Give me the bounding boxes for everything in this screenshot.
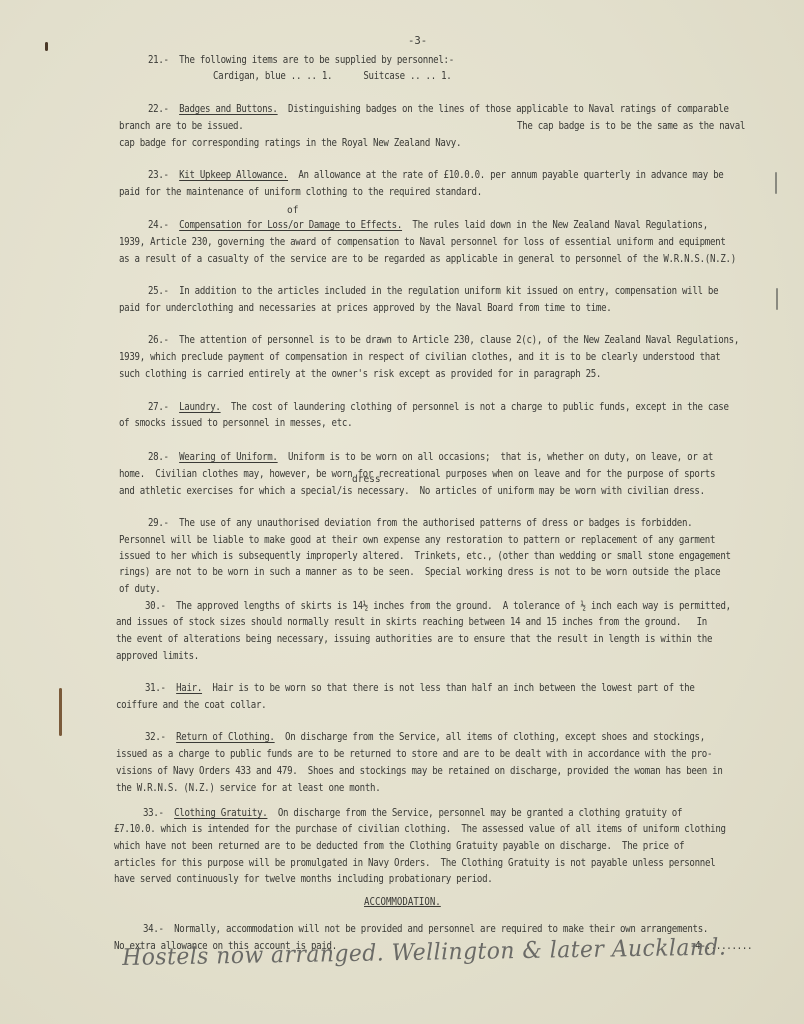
staple-mark <box>59 688 62 736</box>
para-33-line-3: which have not been returned are to be d… <box>114 838 684 855</box>
para-28-line-1: 28.- Wearing of Uniform. Uniform is to b… <box>148 449 713 466</box>
para-32-line-4: the W.R.N.S. (N.Z.) service for at least… <box>116 780 380 797</box>
margin-mark <box>776 288 778 310</box>
para-22-line-1: 22.- Badges and Buttons. Distinguishing … <box>148 101 729 118</box>
page-number: -3- <box>408 35 427 47</box>
para-33-line-2: £7.10.0. which is intended for the purch… <box>114 821 726 838</box>
para-33-line-5: have served continuously for twelve mont… <box>114 871 492 888</box>
para-23-line-2: paid for the maintenance of uniform clot… <box>119 184 482 201</box>
para-24-line-3: as a result of a casualty of the service… <box>119 251 736 268</box>
para-22-line-4: cap badge for corresponding ratings in t… <box>119 135 461 152</box>
para-30-line-2: and issues of stock sizes should normall… <box>116 614 707 631</box>
para-27-heading: Laundry. <box>179 401 220 413</box>
para-24-line-2: 1939, Article 230, governing the award o… <box>119 234 726 251</box>
punch-hole-mark <box>45 42 48 51</box>
para-24-heading: Compensation for Loss/or Damage to Effec… <box>179 219 402 231</box>
section-heading-accommodation: ACCOMMODATION. <box>364 896 441 908</box>
para-33-line-4: articles for this purpose will be promul… <box>114 855 715 872</box>
para-31-line-2: coiffure and the coat collar. <box>116 697 266 714</box>
para-27-line-2: of smocks issued to personnel in messes,… <box>119 415 352 432</box>
para-29-line-3: issued to her which is subsequently impr… <box>119 548 731 565</box>
para-25-line-1: 25.- In addition to the articles include… <box>148 283 718 300</box>
para-33-heading: Clothing Gratuity. <box>174 807 267 819</box>
para-32-heading: Return of Clothing. <box>176 731 275 743</box>
para-28-line-2: home. Civilian clothes may, however, be … <box>119 466 715 483</box>
para-22-heading: Badges and Buttons. <box>179 103 278 115</box>
para-26-line-2: 1939, which preclude payment of compensa… <box>119 349 720 366</box>
para-23-heading: Kit Upkeep Allowance. <box>179 169 288 181</box>
para-29-line-4: rings) are not to be worn in such a mann… <box>119 564 720 581</box>
para-29-line-5: of duty. <box>119 581 160 598</box>
para-32-line-3: visions of Navy Orders 433 and 479. Shoe… <box>116 763 723 780</box>
para-30-line-4: approved limits. <box>116 648 199 665</box>
para-28-heading: Wearing of Uniform. <box>179 451 278 463</box>
para-21-line-2: Cardigan, blue .. .. 1. Suitcase .. .. 1… <box>213 68 451 85</box>
para-26-line-1: 26.- The attention of personnel is to be… <box>148 332 739 349</box>
margin-mark <box>775 172 777 194</box>
para-30-line-1: 30.- The approved lengths of skirts is 1… <box>145 598 731 615</box>
para-30-line-3: the event of alterations being necessary… <box>116 631 712 648</box>
para-28-line-3: and athletic exercises for which a speci… <box>119 483 705 500</box>
para-31-heading: Hair. <box>176 682 202 694</box>
para-29-line-1: 29.- The use of any unauthorised deviati… <box>148 515 692 532</box>
para-26-line-3: such clothing is carried entirely at the… <box>119 366 601 383</box>
para-25-line-2: paid for underclothing and necessaries a… <box>119 300 611 317</box>
para-21-line-1: 21.- The following items are to be suppl… <box>148 52 454 69</box>
para-32-line-2: issued as a charge to public funds are t… <box>116 746 712 763</box>
para-24-line-1: 24.- Compensation for Loss/or Damage to … <box>148 217 708 234</box>
para-27-line-1: 27.- Laundry. The cost of laundering clo… <box>148 399 729 416</box>
para-22-line-3: The cap badge is to be the same as the n… <box>517 118 745 135</box>
para-23-line-1: 23.- Kit Upkeep Allowance. An allowance … <box>148 167 723 184</box>
para-24-insert: of <box>287 205 298 216</box>
para-32-line-1: 32.- Return of Clothing. On discharge fr… <box>145 729 705 746</box>
document-page: -3- 21.- The following items are to be s… <box>0 0 804 1024</box>
para-33-line-1: 33.- Clothing Gratuity. On discharge fro… <box>143 805 682 822</box>
para-29-line-2: Personnel will be liable to make good at… <box>119 532 715 549</box>
para-31-line-1: 31.- Hair. Hair is to be worn so that th… <box>145 680 695 697</box>
para-22-line-2: branch are to be issued. <box>119 118 243 135</box>
